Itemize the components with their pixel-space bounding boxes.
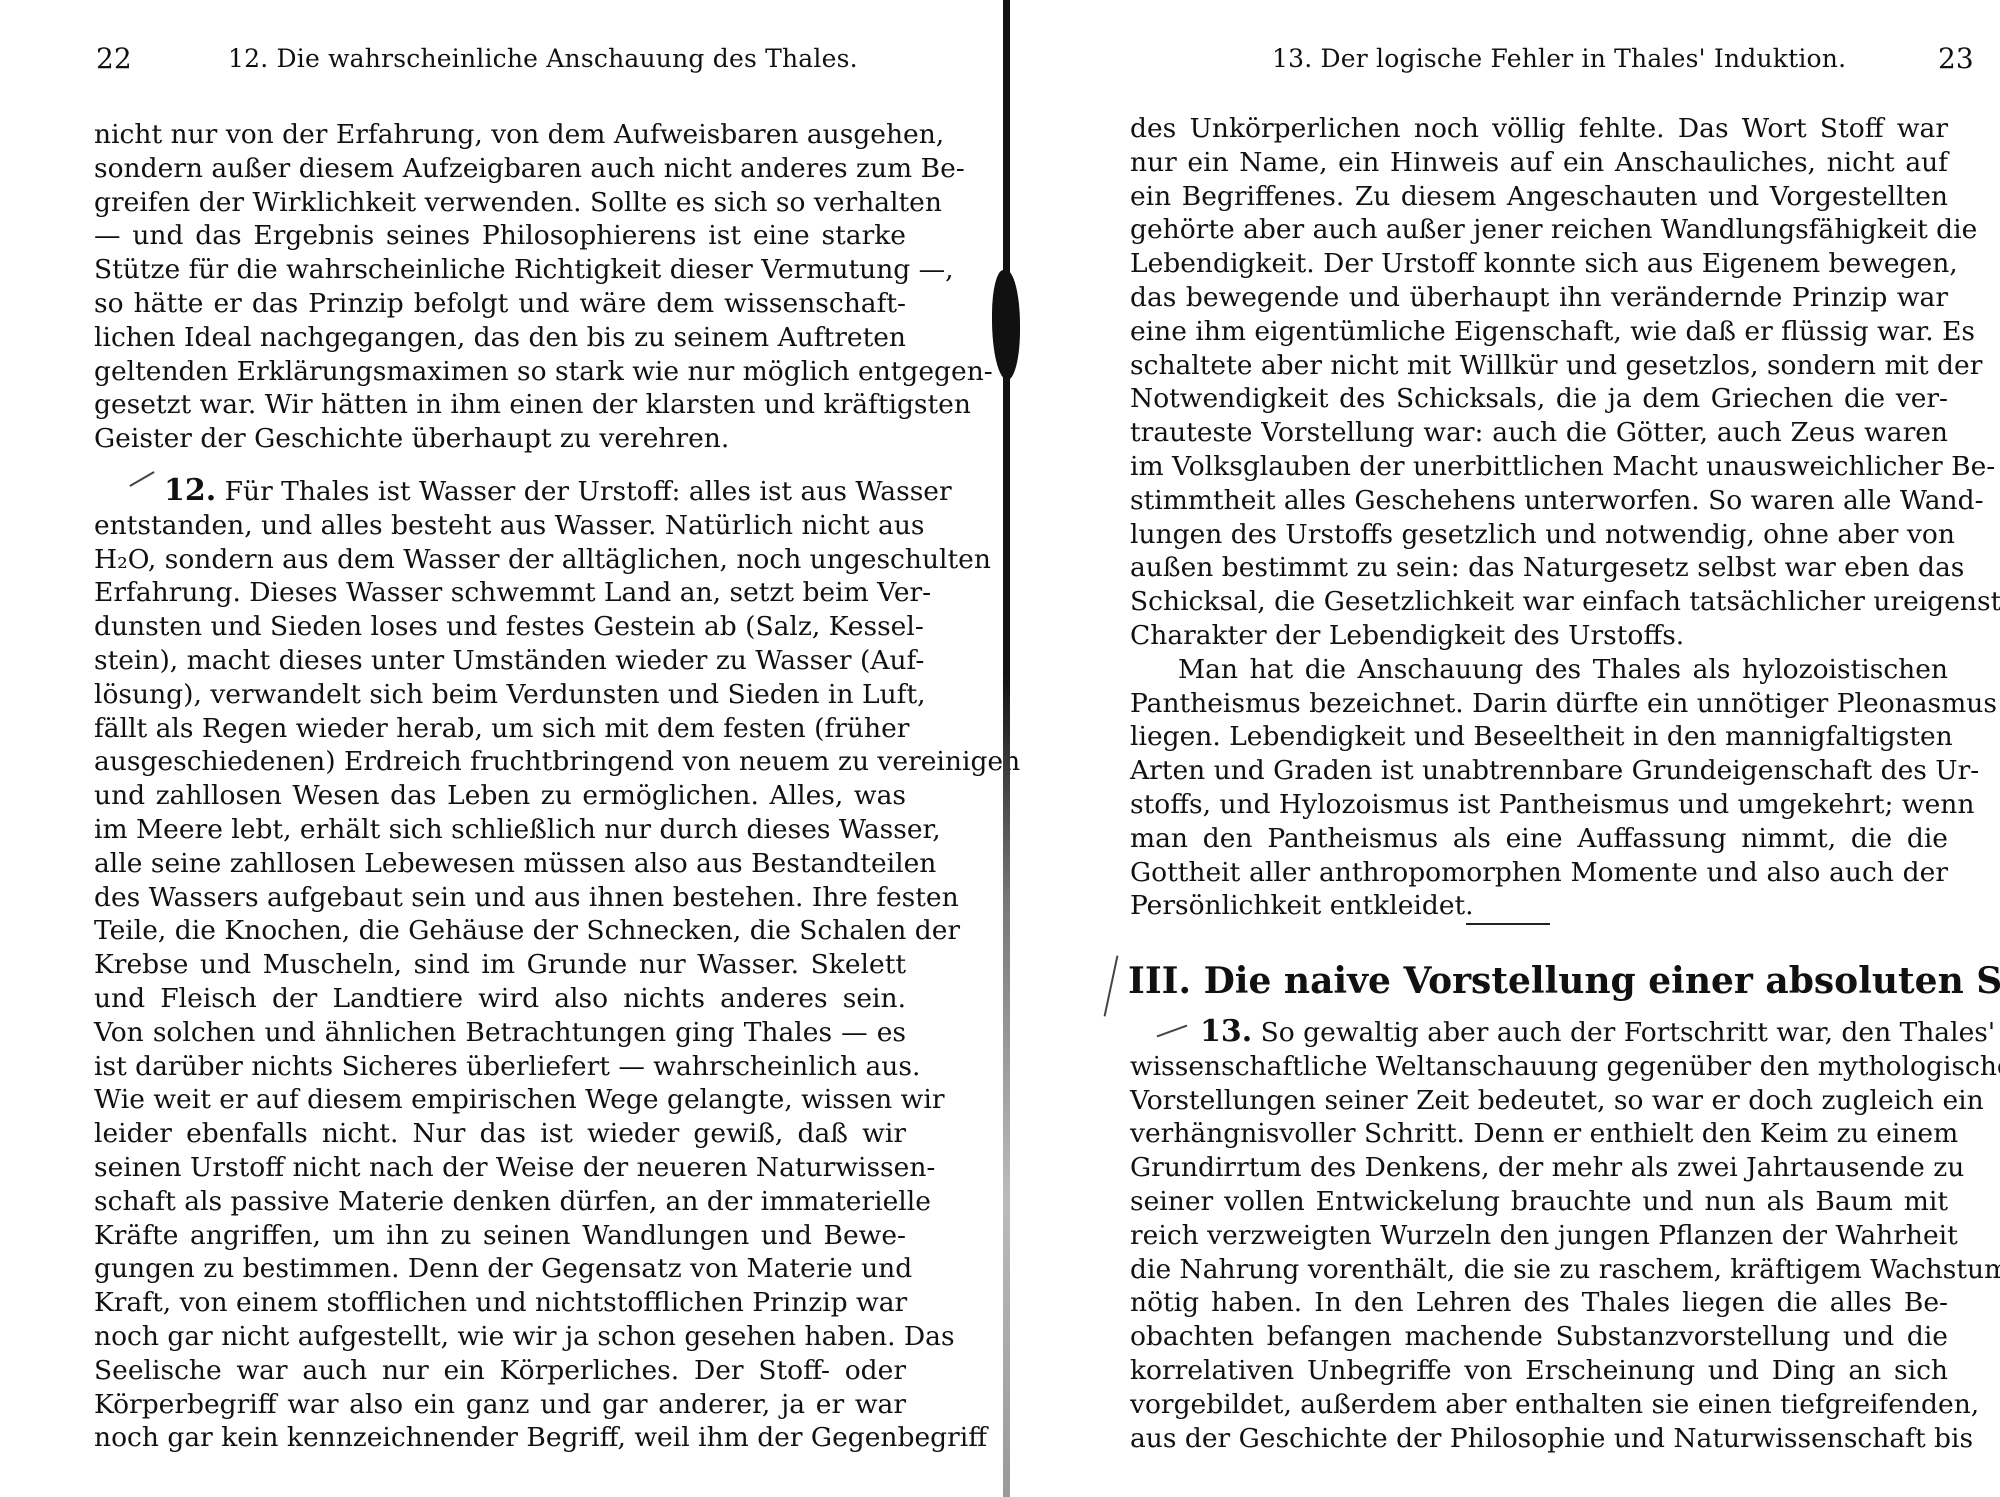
text-line: ist darüber nichts Sicheres überliefert … bbox=[94, 1050, 906, 1084]
text-line: Wie weit er auf diesem empirischen Wege … bbox=[94, 1083, 906, 1117]
text-line: Teile, die Knochen, die Gehäuse der Schn… bbox=[94, 914, 906, 948]
text-line: — und das Ergebnis seines Philosophieren… bbox=[94, 219, 906, 253]
text-line: schaft als passive Materie denken dürfen… bbox=[94, 1185, 906, 1219]
paragraph-number: 13. bbox=[1200, 1014, 1252, 1049]
text-line: Körperbegriff war also ein ganz und gar … bbox=[94, 1388, 906, 1422]
pencil-mark bbox=[1104, 955, 1119, 1016]
page-number: 22 bbox=[96, 42, 132, 75]
text-line: die Nahrung vorenthält, die sie zu rasch… bbox=[1130, 1253, 1948, 1287]
text-line: wissenschaftliche Weltanschauung gegenüb… bbox=[1130, 1050, 1948, 1084]
text-line: und Fleisch der Landtiere wird also nich… bbox=[94, 982, 906, 1016]
text-line: gungen zu bestimmen. Denn der Gegensatz … bbox=[94, 1252, 906, 1286]
text-line: noch gar kein kennzeichnender Begriff, w… bbox=[94, 1421, 906, 1455]
paragraph-12: 12. Für Thales ist Wasser der Urstoff: a… bbox=[94, 474, 906, 1455]
text-line: nicht nur von der Erfahrung, von dem Auf… bbox=[94, 118, 906, 152]
text-line: Geister der Geschichte überhaupt zu vere… bbox=[94, 422, 906, 456]
text-line: nur ein Name, ein Hinweis auf ein Anscha… bbox=[1130, 146, 1948, 180]
text-line: ausgeschiedenen) Erdreich fruchtbringend… bbox=[94, 745, 906, 779]
text-line: H₂O, sondern aus dem Wasser der alltägli… bbox=[94, 543, 906, 577]
text-line: 12. Für Thales ist Wasser der Urstoff: a… bbox=[94, 474, 906, 509]
text-line: Man hat die Anschauung des Thales als hy… bbox=[1130, 653, 1948, 687]
text-line: gesetzt war. Wir hätten in ihm einen der… bbox=[94, 388, 906, 422]
left-page: 22 12. Die wahrscheinliche Anschauung de… bbox=[0, 0, 990, 1497]
text-line: Erfahrung. Dieses Wasser schwemmt Land a… bbox=[94, 576, 906, 610]
text-line: des Unkörperlichen noch völlig fehlte. D… bbox=[1130, 112, 1948, 146]
text-line: Stütze für die wahrscheinliche Richtigke… bbox=[94, 253, 906, 287]
page-number: 23 bbox=[1938, 42, 1974, 75]
text-line: des Wassers aufgebaut sein und aus ihnen… bbox=[94, 881, 906, 915]
text-line: fällt als Regen wieder herab, um sich mi… bbox=[94, 712, 906, 746]
text-line: Gottheit aller anthropomorphen Momente u… bbox=[1130, 856, 1948, 890]
text-line: obachten befangen machende Substanzvorst… bbox=[1130, 1320, 1948, 1354]
book-gutter bbox=[1003, 0, 1010, 1497]
text-line: Charakter der Lebendigkeit des Urstoffs. bbox=[1130, 619, 1948, 653]
running-head: 12. Die wahrscheinliche Anschauung des T… bbox=[228, 44, 858, 73]
text-line: korrelativen Unbegriffe von Erscheinung … bbox=[1130, 1354, 1948, 1388]
text-line: vorgebildet, außerdem aber enthalten sie… bbox=[1130, 1388, 1948, 1422]
text-line: liegen. Lebendigkeit und Beseeltheit in … bbox=[1130, 720, 1948, 754]
text-line: Vorstellungen seiner Zeit bedeutet, so w… bbox=[1130, 1084, 1948, 1118]
text-line: 13. So gewaltig aber auch der Fortschrit… bbox=[1130, 1015, 1948, 1050]
text-line: Von solchen und ähnlichen Betrachtungen … bbox=[94, 1016, 906, 1050]
paragraph-continuation: des Unkörperlichen noch völlig fehlte. D… bbox=[1130, 112, 1948, 923]
text-line: und zahllosen Wesen das Leben zu ermögli… bbox=[94, 779, 906, 813]
text-line: außen bestimmt zu sein: das Naturgesetz … bbox=[1130, 551, 1948, 585]
right-page: 13. Der logische Fehler in Thales' Induk… bbox=[1010, 0, 2000, 1497]
text-line: leider ebenfalls nicht. Nur das ist wied… bbox=[94, 1117, 906, 1151]
text-line: reich verzweigten Wurzeln den jungen Pfl… bbox=[1130, 1219, 1948, 1253]
text-line: ein Begriffenes. Zu diesem Angeschauten … bbox=[1130, 180, 1948, 214]
text-line: noch gar nicht aufgestellt, wie wir ja s… bbox=[94, 1320, 906, 1354]
text-line: Lebendigkeit. Der Urstoff konnte sich au… bbox=[1130, 247, 1948, 281]
paragraph-number: 12. bbox=[164, 473, 216, 508]
text-line: entstanden, und alles besteht aus Wasser… bbox=[94, 509, 906, 543]
text-line: dunsten und Sieden loses und festes Gest… bbox=[94, 610, 906, 644]
text-line: seiner vollen Entwickelung brauchte und … bbox=[1130, 1185, 1948, 1219]
text-line: trauteste Vorstellung war: auch die Gött… bbox=[1130, 416, 1948, 450]
text-line: Krebse und Muscheln, sind im Grunde nur … bbox=[94, 948, 906, 982]
text-line: stein), macht dieses unter Umständen wie… bbox=[94, 644, 906, 678]
text-line: seinen Urstoff nicht nach der Weise der … bbox=[94, 1151, 906, 1185]
text-line: das bewegende und überhaupt ihn veränder… bbox=[1130, 281, 1948, 315]
text-line: stoffs, und Hylozoismus ist Pantheismus … bbox=[1130, 788, 1948, 822]
text-line: lösung), verwandelt sich beim Verdunsten… bbox=[94, 678, 906, 712]
section-heading: III. Die naive Vorstellung einer absolut… bbox=[1128, 960, 2000, 1002]
running-head: 13. Der logische Fehler in Thales' Induk… bbox=[1272, 44, 1846, 73]
text-line: lungen des Urstoffs gesetzlich und notwe… bbox=[1130, 518, 1948, 552]
text-line: man den Pantheismus als eine Auffassung … bbox=[1130, 822, 1948, 856]
text-line: Kräfte angriffen, um ihn zu seinen Wandl… bbox=[94, 1219, 906, 1253]
text-line: lichen Ideal nachgegangen, das den bis z… bbox=[94, 321, 906, 355]
text-line: Pantheismus bezeichnet. Darin dürfte ein… bbox=[1130, 687, 1948, 721]
text-line: Notwendigkeit des Schicksals, die ja dem… bbox=[1130, 382, 1948, 416]
text-line: greifen der Wirklichkeit verwenden. Soll… bbox=[94, 186, 906, 220]
text-line: im Meere lebt, erhält sich schließlich n… bbox=[94, 813, 906, 847]
text-line: verhängnisvoller Schritt. Denn er enthie… bbox=[1130, 1117, 1948, 1151]
text-line: nötig haben. In den Lehren des Thales li… bbox=[1130, 1286, 1948, 1320]
text-line: schaltete aber nicht mit Willkür und ges… bbox=[1130, 349, 1948, 383]
text-line: gehörte aber auch außer jener reichen Wa… bbox=[1130, 213, 1948, 247]
paragraph-continuation: nicht nur von der Erfahrung, von dem Auf… bbox=[94, 118, 906, 456]
text-line: Schicksal, die Gesetzlichkeit war einfac… bbox=[1130, 585, 1948, 619]
section-divider bbox=[1466, 923, 1550, 925]
text-line: Persönlichkeit entkleidet. bbox=[1130, 889, 1948, 923]
text-line: stimmtheit alles Geschehens unterworfen.… bbox=[1130, 484, 1948, 518]
text-line: so hätte er das Prinzip befolgt und wäre… bbox=[94, 287, 906, 321]
text-line: Seelische war auch nur ein Körperliches.… bbox=[94, 1354, 906, 1388]
text-line: aus der Geschichte der Philosophie und N… bbox=[1130, 1422, 1948, 1456]
text-line: sondern außer diesem Aufzeigbaren auch n… bbox=[94, 152, 906, 186]
text-line: Arten und Graden ist unabtrennbare Grund… bbox=[1130, 754, 1948, 788]
text-line: eine ihm eigentümliche Eigenschaft, wie … bbox=[1130, 315, 1948, 349]
text-line: Kraft, von einem stofflichen und nichtst… bbox=[94, 1286, 906, 1320]
text-line: alle seine zahllosen Lebewesen müssen al… bbox=[94, 847, 906, 881]
text-line: im Volksglauben der unerbittlichen Macht… bbox=[1130, 450, 1948, 484]
text-line: geltenden Erklärungsmaximen so stark wie… bbox=[94, 355, 906, 389]
paragraph-13: 13. So gewaltig aber auch der Fortschrit… bbox=[1130, 1015, 1948, 1455]
text-line: Grundirrtum des Denkens, der mehr als zw… bbox=[1130, 1151, 1948, 1185]
